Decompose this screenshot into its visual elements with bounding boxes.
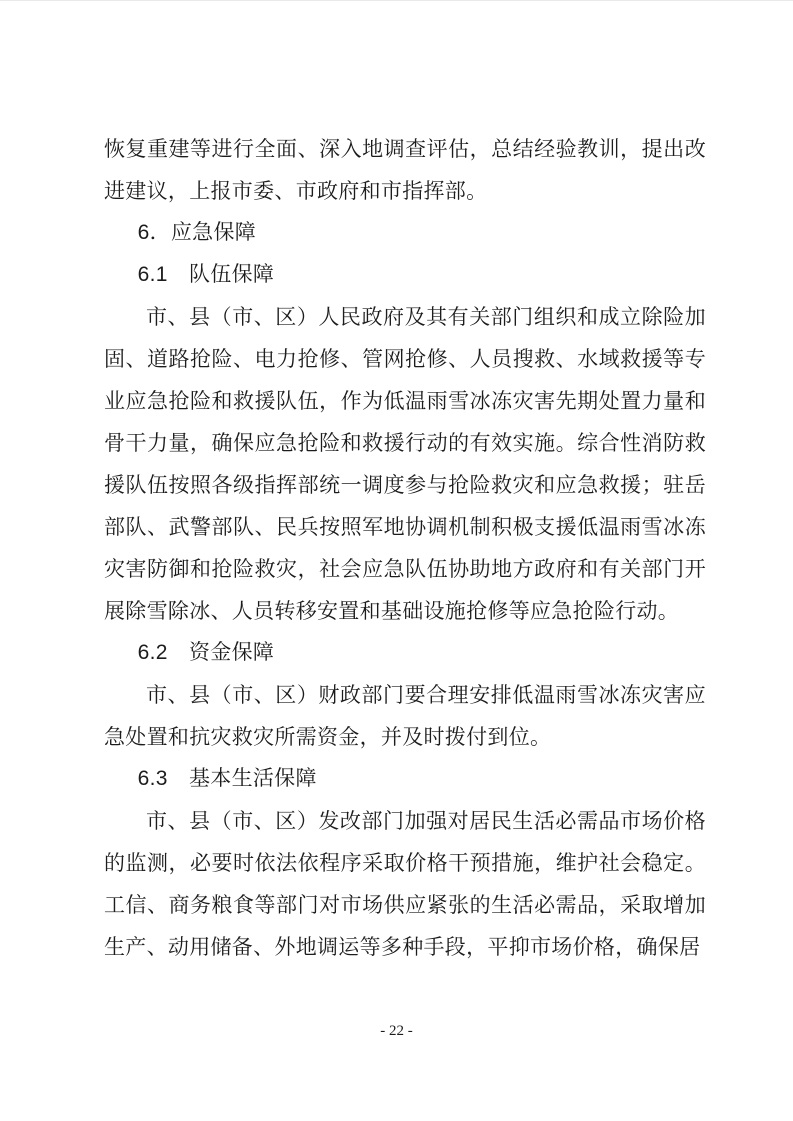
page-number: - 22 - xyxy=(380,1023,413,1039)
section-heading-6-1-team-support: 6.1 队伍保障 xyxy=(104,254,706,296)
paragraph-funding: 市、县（市、区）财政部门要合理安排低温雨雪冰冻灾害应急处置和抗灾救灾所需资金，并… xyxy=(104,674,706,758)
paragraph-rescue-teams: 市、县（市、区）人民政府及其有关部门组织和成立除险加固、道路抢险、电力抢修、管网… xyxy=(104,296,706,632)
paragraph-living-necessities: 市、县（市、区）发改部门加强对居民生活必需品市场价格的监测，必要时依法依程序采取… xyxy=(104,800,706,968)
document-body: 恢复重建等进行全面、深入地调查评估，总结经验教训，提出改进建议，上报市委、市政府… xyxy=(104,128,706,968)
paragraph-recovery-evaluation: 恢复重建等进行全面、深入地调查评估，总结经验教训，提出改进建议，上报市委、市政府… xyxy=(104,128,706,212)
section-heading-6-2-funding-support: 6.2 资金保障 xyxy=(104,632,706,674)
page-footer: - 22 - xyxy=(0,1021,793,1041)
document-page: 恢复重建等进行全面、深入地调查评估，总结经验教训，提出改进建议，上报市委、市政府… xyxy=(0,0,793,1121)
section-heading-6-emergency-support: 6．应急保障 xyxy=(104,212,706,254)
section-heading-6-3-basic-living-support: 6.3 基本生活保障 xyxy=(104,758,706,800)
